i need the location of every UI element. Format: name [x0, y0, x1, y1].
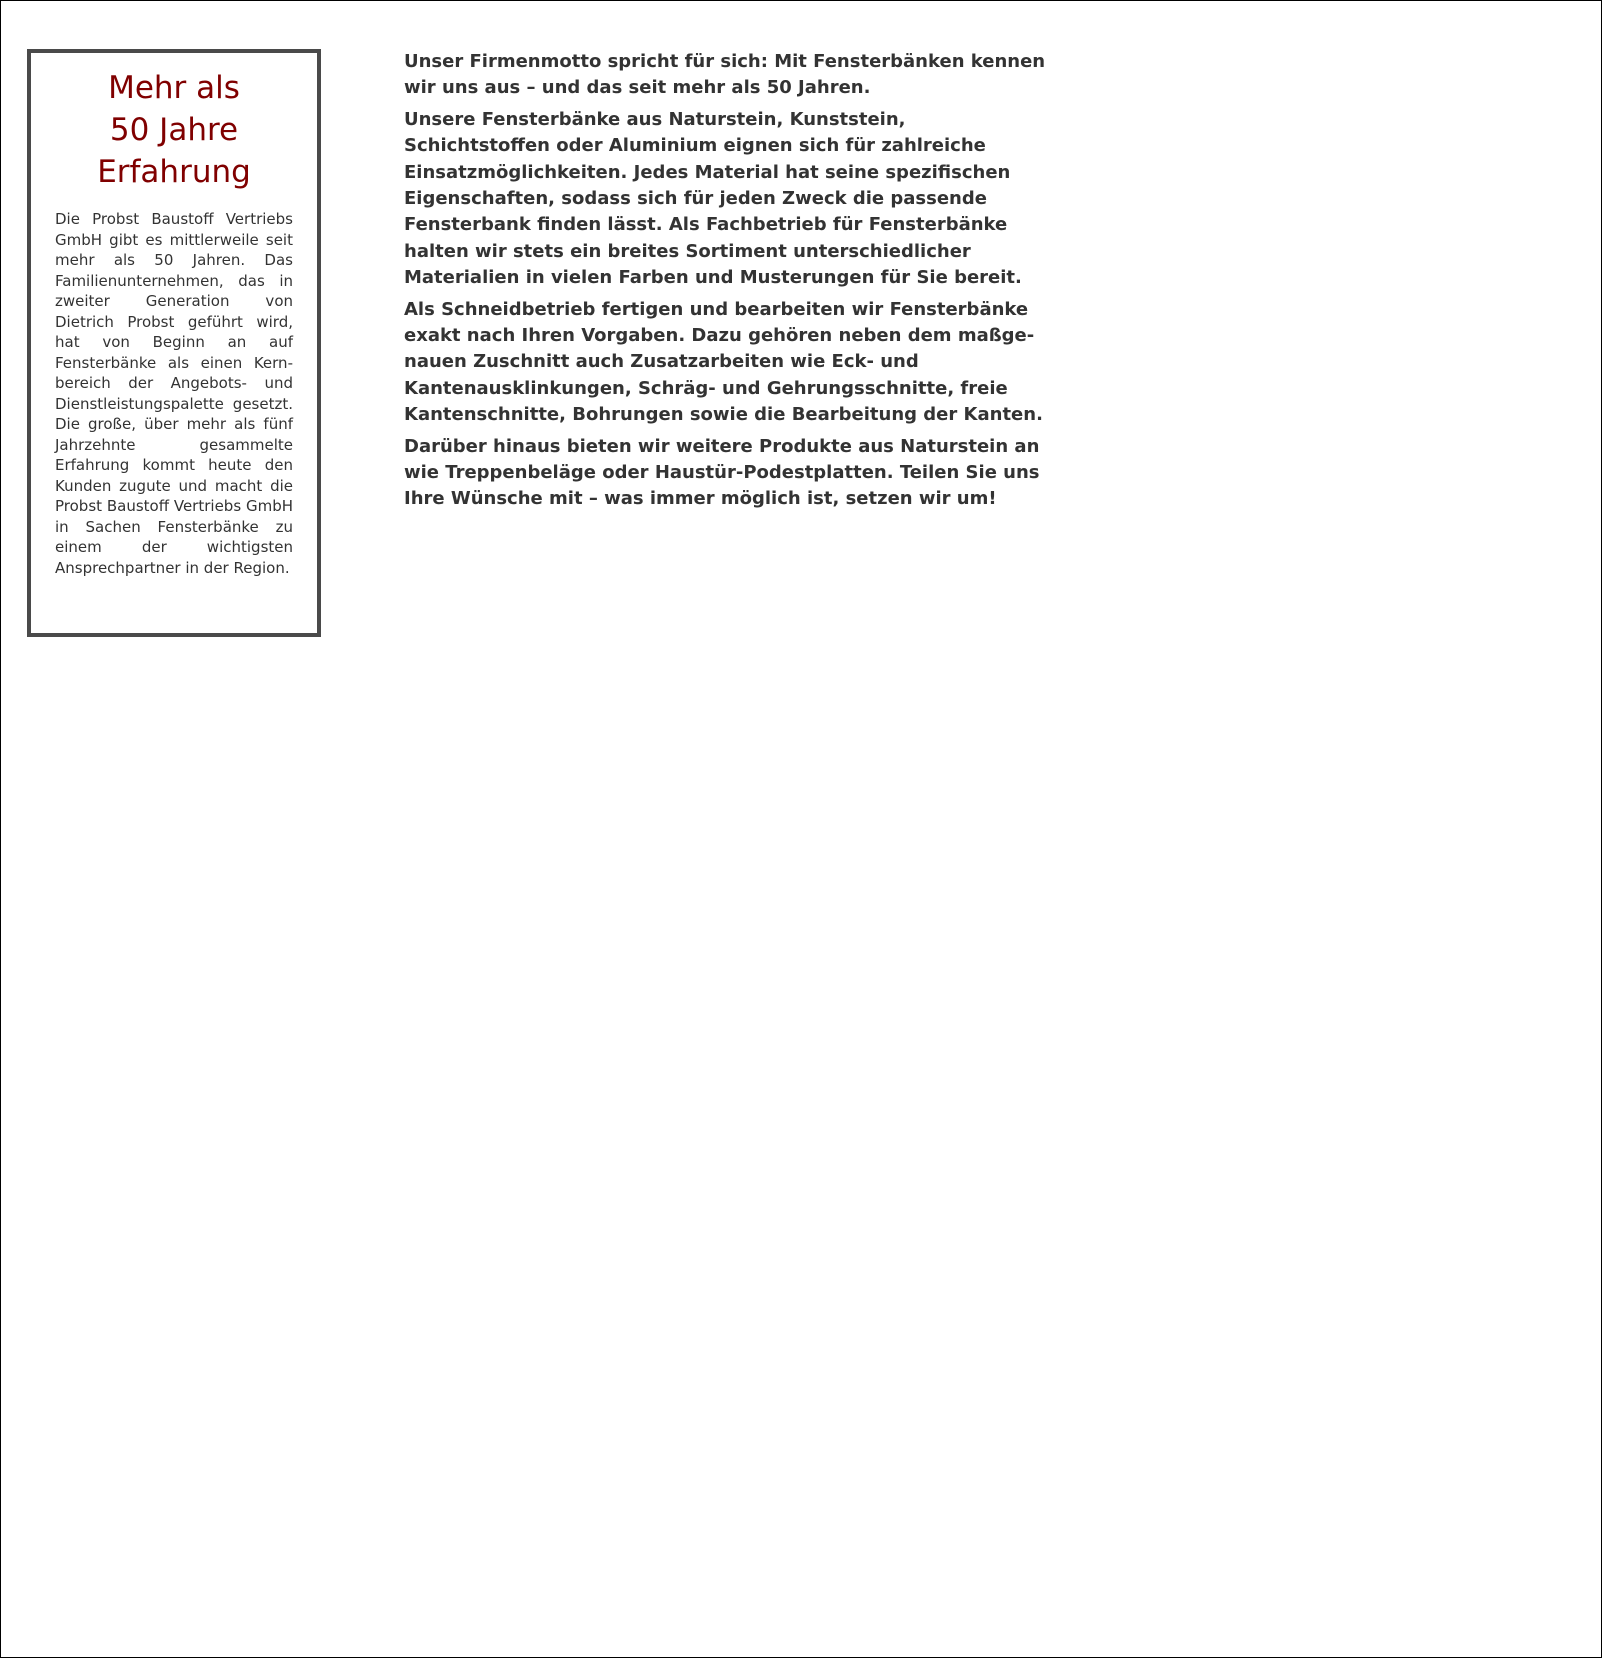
materials-paragraph: Unsere Fensterbänke aus Naturstein, Kuns…: [404, 107, 1054, 291]
experience-heading: Mehr als 50 Jahre Erfahrung: [31, 67, 317, 193]
main-content: Unser Firmenmotto spricht für sich: Mit …: [404, 49, 1054, 518]
cutting-services-paragraph: Als Schneidbetrieb fertigen und bearbeit…: [404, 297, 1054, 428]
experience-heading-line-1: Mehr als: [31, 67, 317, 109]
company-motto-paragraph: Unser Firmenmotto spricht für sich: Mit …: [404, 49, 1054, 102]
experience-heading-line-2: 50 Jahre: [31, 109, 317, 151]
additional-products-paragraph: Darüber hinaus bieten wir weitere Produk…: [404, 434, 1054, 513]
experience-heading-line-3: Erfahrung: [31, 151, 317, 193]
company-history-text: Die Probst Baustoff Vertriebs GmbH gibt …: [55, 209, 293, 578]
page-frame: Mehr als 50 Jahre Erfahrung Die Probst B…: [0, 0, 1602, 1658]
experience-info-box: Mehr als 50 Jahre Erfahrung Die Probst B…: [27, 49, 321, 637]
